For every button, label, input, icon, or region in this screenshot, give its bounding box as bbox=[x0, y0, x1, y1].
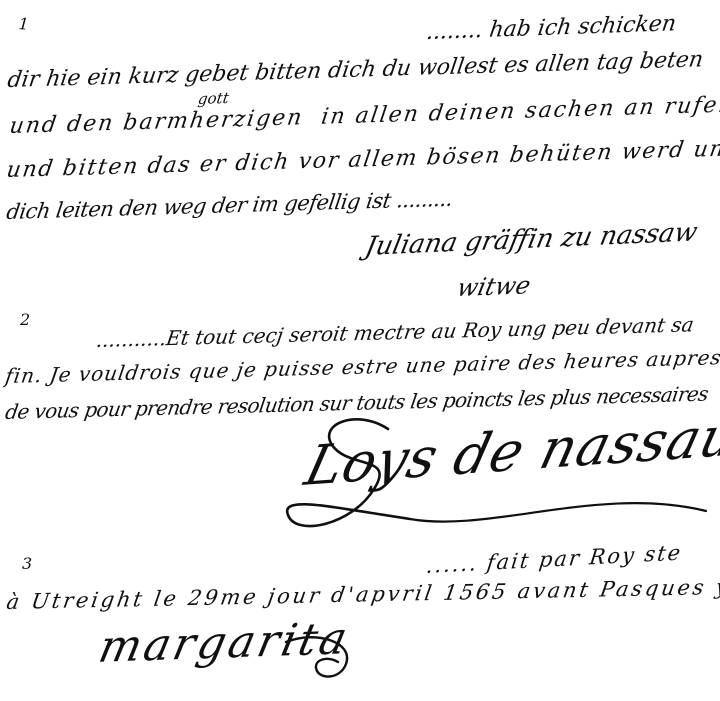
specimen-1-signature: Juliana gräffin zu nassaw bbox=[363, 219, 700, 260]
specimen-1-line-2: dir hie ein kurz gebet bitten dich du wo… bbox=[6, 49, 705, 92]
specimen-3-number: 3 bbox=[22, 556, 32, 572]
specimen-1-line-5: dich leiten den weg der im gefellig ist … bbox=[5, 189, 454, 223]
manuscript-page: 1 ........ hab ich schicken dir hie ein … bbox=[0, 0, 720, 701]
specimen-1-superscript: gott bbox=[197, 91, 230, 107]
specimen-1-number: 1 bbox=[18, 16, 29, 33]
specimen-1-signature-witwe: witwe bbox=[455, 273, 533, 300]
specimen-2-line-1: ...........Et tout cecj seroit mectre au… bbox=[95, 314, 695, 350]
specimen-1-line-1: ........ hab ich schicken bbox=[425, 13, 677, 44]
margarita-signature-tail-flourish bbox=[282, 628, 382, 688]
specimen-3-line-2: à Utreight le 29me jour d'apvril 1565 av… bbox=[5, 577, 720, 613]
specimen-1-line-4: und bitten das er dich vor allem bösen b… bbox=[5, 138, 720, 182]
specimen-2-line-2: fin. Je vouldrois que je puisse estre un… bbox=[4, 347, 720, 386]
specimen-1-line-3: und den barmherzigen in allen deinen sac… bbox=[8, 94, 720, 138]
specimen-2-number: 2 bbox=[20, 312, 30, 328]
